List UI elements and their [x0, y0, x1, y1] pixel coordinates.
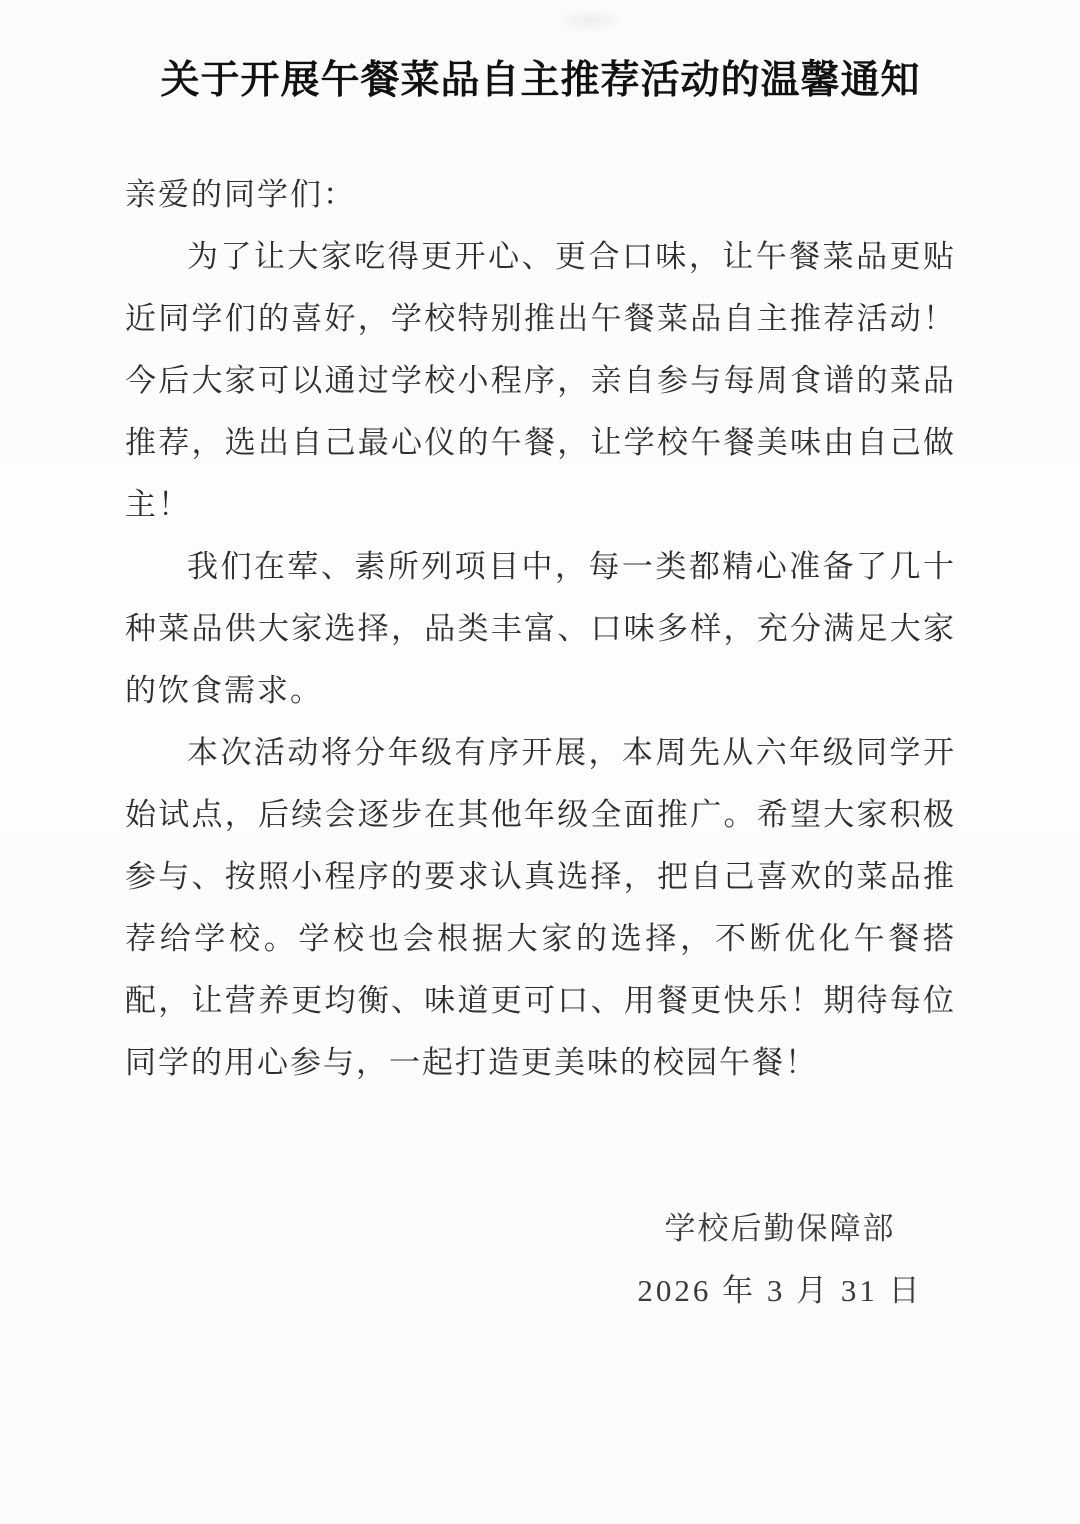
- paragraph-1: 为了让大家吃得更开心、更合口味，让午餐菜品更贴近同学们的喜好，学校特别推出午餐菜…: [125, 226, 956, 536]
- signature-date: 2026 年 3 月 31 日: [610, 1260, 950, 1322]
- paragraph-3: 本次活动将分年级有序开展，本周先从六年级同学开始试点，后续会逐步在其他年级全面推…: [125, 722, 956, 1094]
- signature-block: 学校后勤保障部 2026 年 3 月 31 日: [610, 1198, 950, 1322]
- paragraph-2: 我们在荤、素所列项目中，每一类都精心准备了几十种菜品供大家选择，品类丰富、口味多…: [125, 536, 956, 722]
- page-title: 关于开展午餐菜品自主推荐活动的温馨通知: [125, 52, 956, 110]
- signature-department: 学校后勤保障部: [610, 1198, 950, 1260]
- scan-artifact: [555, 8, 625, 34]
- notice-document: 关于开展午餐菜品自主推荐活动的温馨通知 亲爱的同学们： 为了让大家吃得更开心、更…: [0, 0, 1080, 1524]
- salutation: 亲爱的同学们：: [125, 164, 956, 226]
